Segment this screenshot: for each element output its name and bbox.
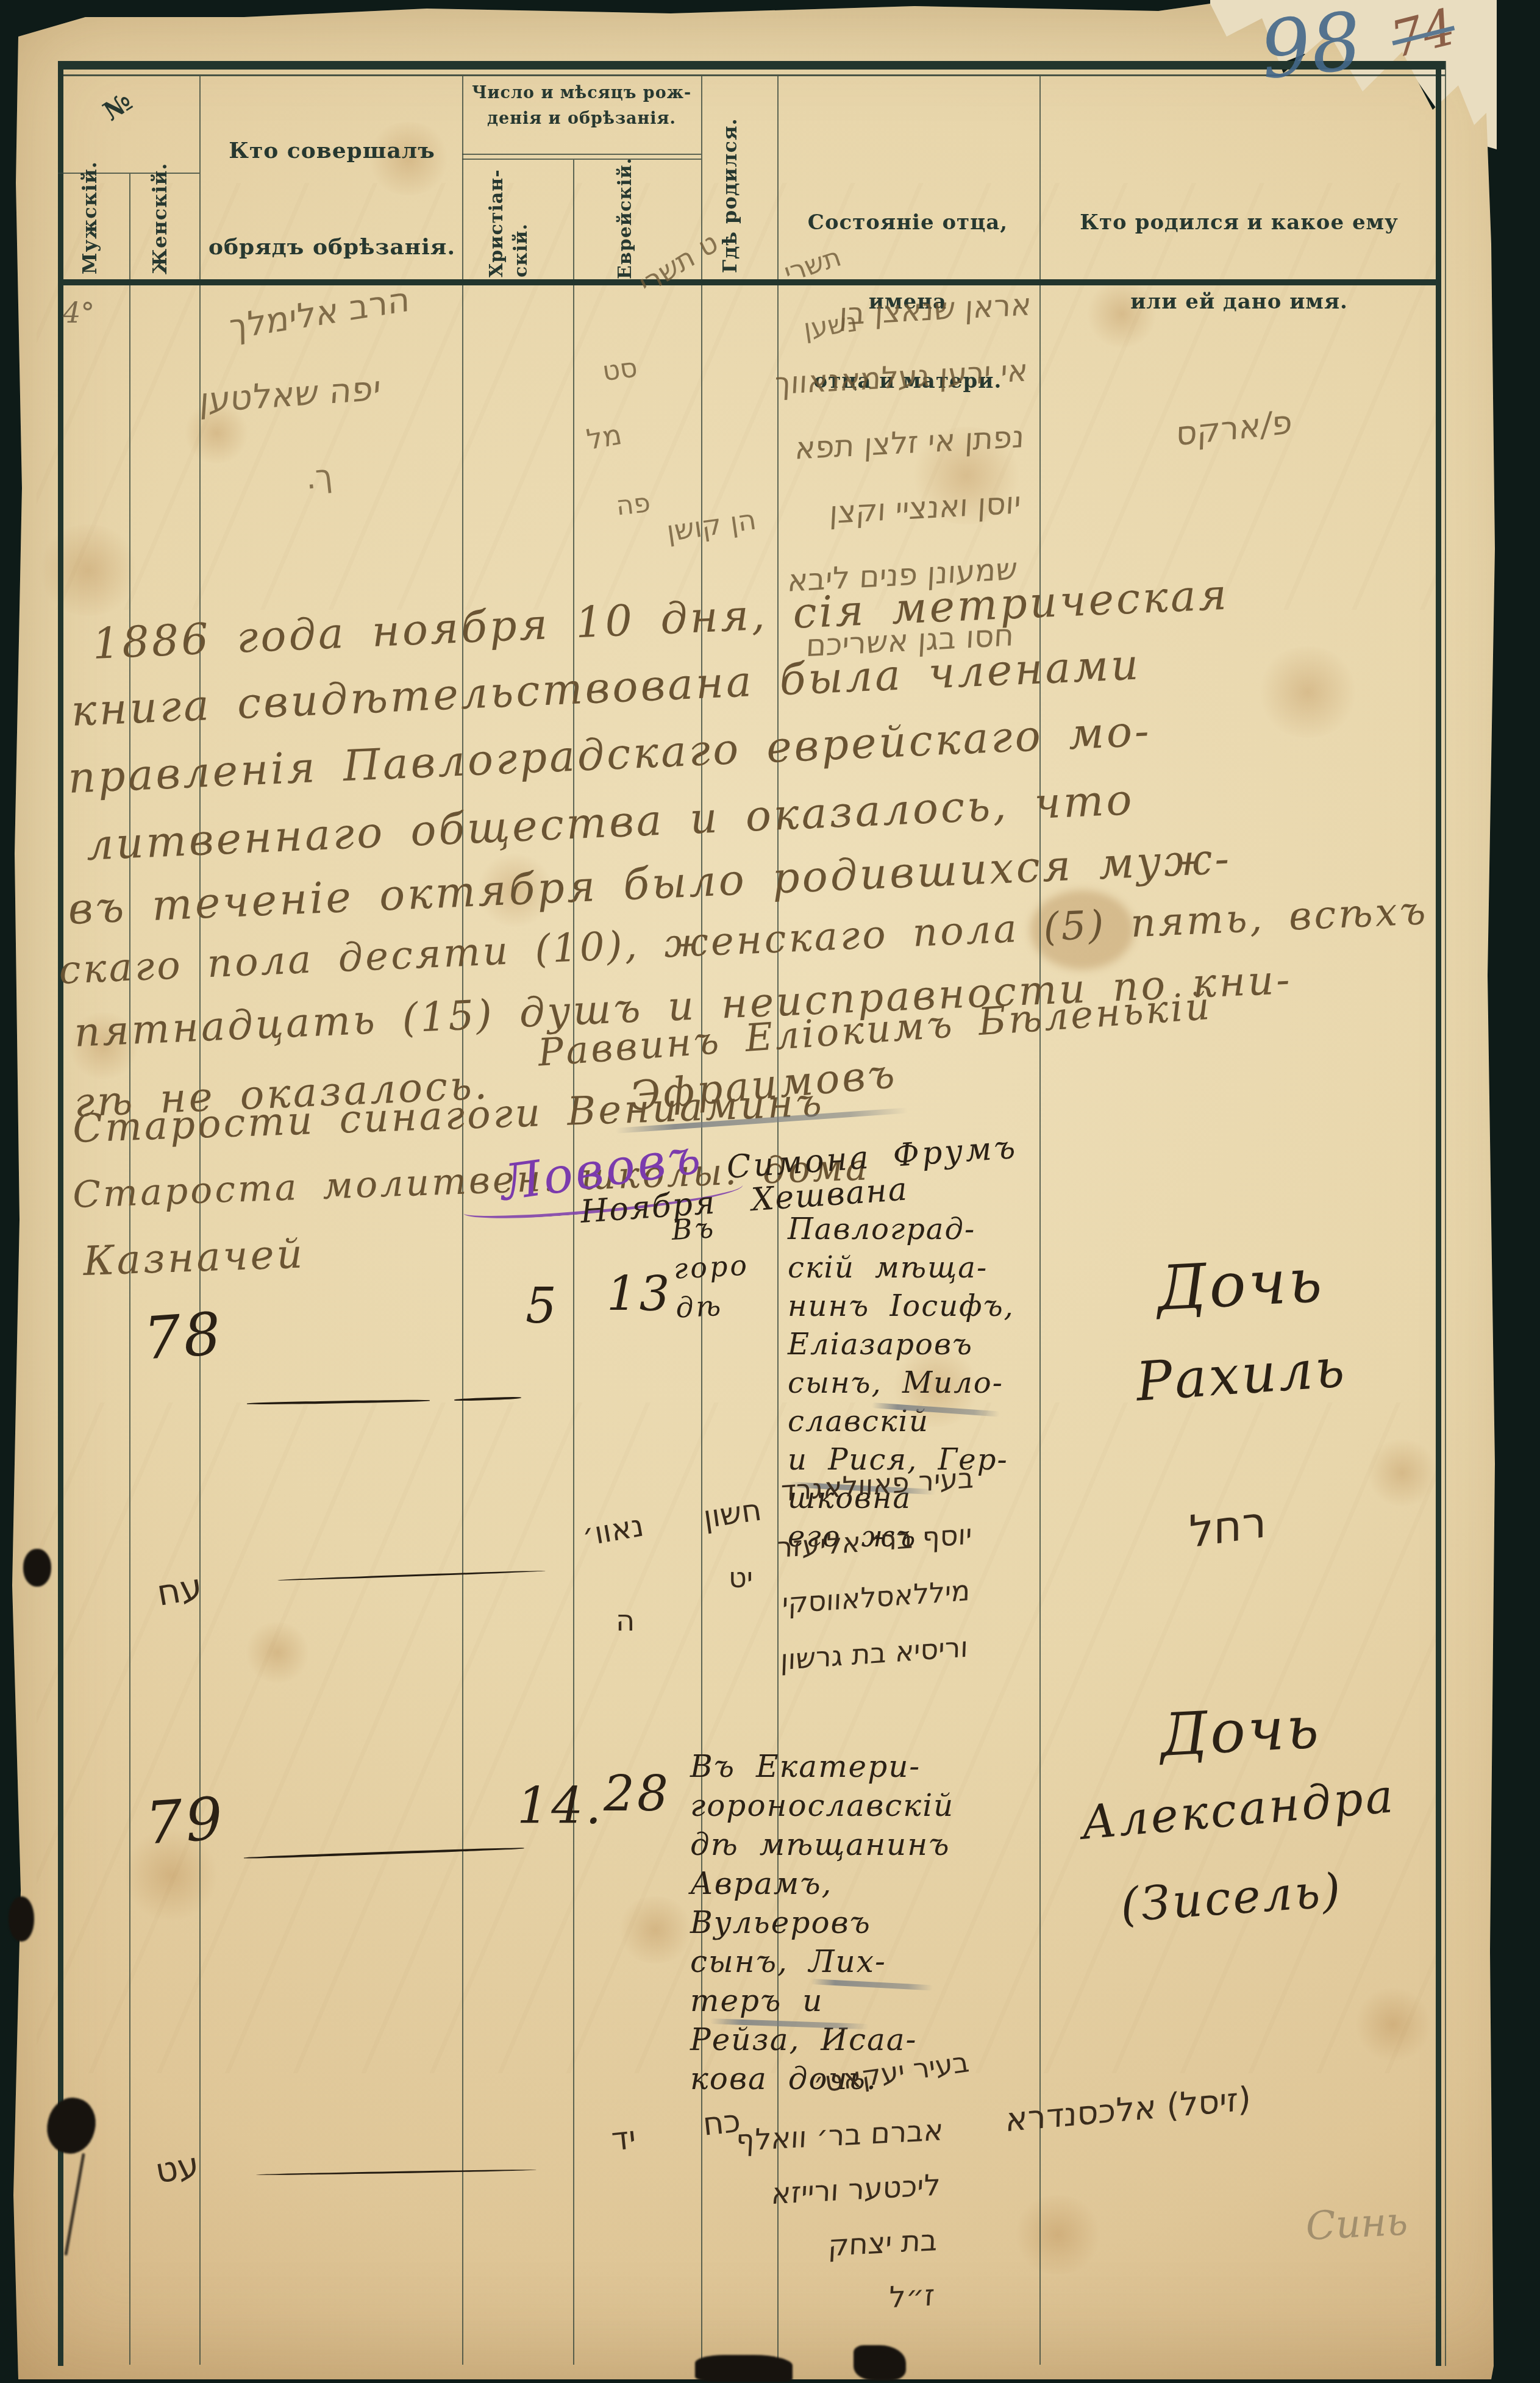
bottom-pencil-note: Синь (1305, 2199, 1409, 2249)
column-divider (462, 76, 463, 279)
date-subheader-rule (462, 154, 701, 155)
header-who-was-born: Кто родился и какое ему или ей дано имя. (1049, 183, 1430, 341)
scanned-metrical-book-page: № Мужскій. Женскій. Кто совершалъ обрядъ… (0, 0, 1540, 2383)
row78h-number: עח (154, 1565, 205, 1614)
table-left-border (58, 61, 63, 2366)
row79-entry-block: Въ Екатери- горонославскій дѣ мѣщанинъ А… (690, 1747, 1032, 2098)
top-row-pencil-mark: 4° (63, 296, 94, 329)
row78h-father-script: בעיר פאוולאגרד יוסף בר׳ אליעזר מיללאסלאו… (766, 1449, 975, 1689)
row78h-christian-day: ה (616, 1604, 635, 1638)
mohel-script-flourish: ך. (304, 457, 334, 496)
date-script-fragment: סט (601, 352, 640, 387)
column-divider (573, 160, 574, 279)
row78-jewish-day: 13 (607, 1267, 672, 1322)
row78-name-hebrew: רחל (1189, 1495, 1266, 1558)
ink-blot (23, 1549, 51, 1587)
column-divider (129, 285, 130, 2365)
table-top-border (58, 61, 1446, 70)
column-divider (199, 76, 201, 279)
column-divider (777, 76, 779, 279)
row79h-christian-day: יד (610, 2120, 638, 2159)
row78-christian-day: 5 (526, 1277, 559, 1334)
row78-number: 78 (141, 1299, 226, 1373)
row79-number: 79 (143, 1784, 227, 1858)
date-script-fragment: פה (615, 487, 652, 522)
date-subheader-rule2 (462, 159, 701, 160)
edge-blot (695, 2355, 793, 2382)
ink-blot (9, 1896, 34, 1942)
column-divider (462, 285, 463, 2365)
header-jewish-subcolumn: Еврейскій. (615, 176, 636, 279)
row79h-number: עט (152, 2145, 202, 2192)
row79-christian-day: 14. (517, 1777, 604, 1835)
treasurer-label: Казначей (82, 1230, 305, 1285)
header-date-group: Число и мѣсяцъ рож- денія и обрѣзанія. (465, 80, 699, 132)
row79-jewish-day: 28 (604, 1765, 671, 1822)
column-divider (129, 174, 130, 279)
table-right-border (1436, 61, 1441, 2366)
table-right-border-thin (1445, 61, 1446, 2366)
header-where-born: Гдѣ родился. (718, 90, 741, 273)
date-script-fragment: מל (584, 418, 624, 456)
header-female-column: Женскій. (148, 152, 171, 274)
table-top-border-thin (58, 74, 1446, 76)
row78-where-born: Въ горо дѣ (671, 1207, 752, 1327)
row79-name-line1: Дочь (1158, 1693, 1322, 1770)
header-christian-subcolumn: Христіан- скій. (485, 174, 533, 277)
row78h-jewish-day: יט (729, 1561, 753, 1594)
row78-name-line1: Дочь (1155, 1245, 1326, 1324)
page-number-pencil: 98 (1256, 0, 1366, 97)
edge-blot (854, 2345, 906, 2381)
column-divider (1039, 76, 1041, 279)
header-male-column: Мужскій. (78, 152, 101, 274)
row79h-father-script: אברם בר׳ וואלף ליכטער ורייזא בת יצחק ז״ל (677, 2103, 944, 2336)
header-who-performed: Кто совершалъ обрядъ обрѣзанія. (205, 102, 458, 295)
